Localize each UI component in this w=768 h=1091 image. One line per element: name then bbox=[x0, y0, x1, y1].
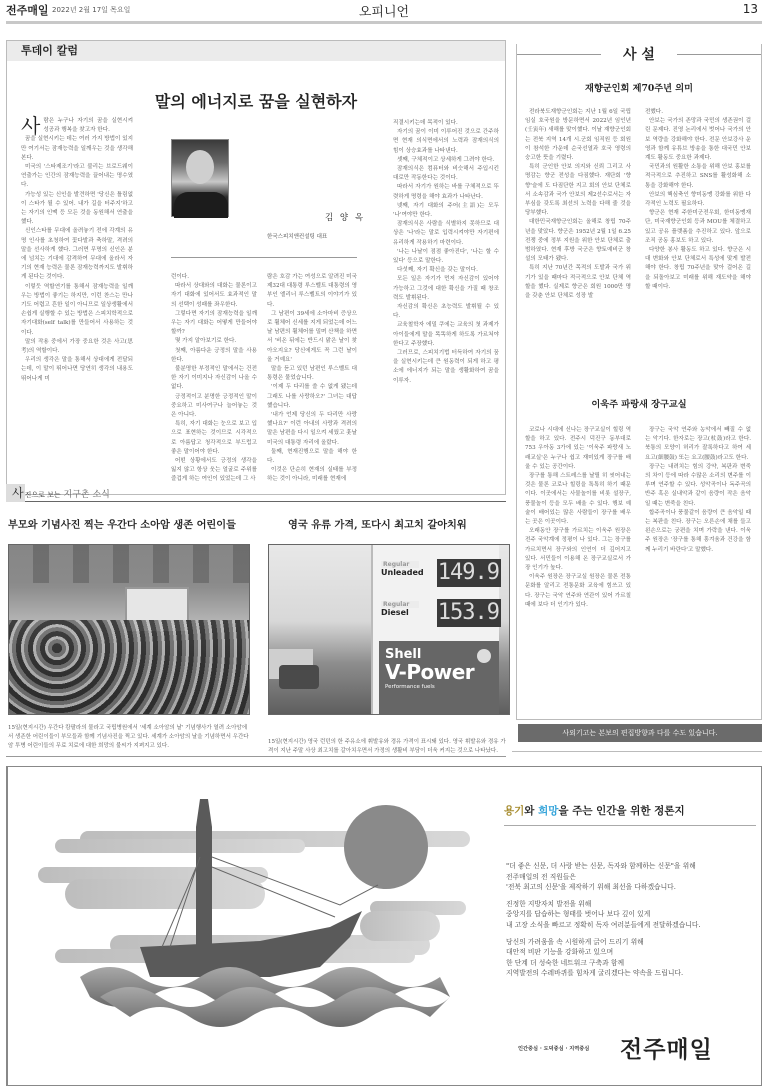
photo2-title: 영국 유류 가격, 또다시 최고치 갈아치워 bbox=[288, 516, 467, 531]
editorial-kicker: 사 설 bbox=[517, 44, 761, 64]
page-number: 13 bbox=[743, 2, 758, 16]
today-column: 투데이 칼럼 말의 에너지로 꿈을 실현하자 사 람은 누구나 자기의 꿈을 실… bbox=[6, 40, 506, 495]
column-text-col3: 람은 호감 가는 여성으로 알려진 미국 제32대 대통령 루스벨트 대통령의 … bbox=[267, 273, 357, 485]
author-portrait bbox=[171, 139, 229, 217]
editorial2-col-b: 장구는 국악 연주와 농악에서 빼질 수 없는 악기다. 한자로는 장고(杖鼓)… bbox=[645, 426, 751, 555]
ad-brand-logo: 전주매일 bbox=[620, 1031, 713, 1064]
page-divider bbox=[6, 756, 506, 757]
diesel-price: 153.9 bbox=[437, 599, 501, 627]
editorial: 사 설 재향군인회 제70주년 의미 전라북도재향군인회는 지난 1월 6일 국… bbox=[516, 44, 762, 720]
unleaded-price: 149.9 bbox=[437, 559, 501, 587]
editorial2-title: 이욱주 파랑새 장구교실 bbox=[517, 396, 761, 410]
editorial2-col-a: 코로나 시대에 신나는 장구교실이 힐링 역할을 하고 있다. 전주시 덕진구 … bbox=[525, 426, 631, 610]
shell-panel: Shell V-Power Performance fuels bbox=[379, 641, 499, 715]
sun bbox=[344, 805, 428, 889]
column-headline: 말의 에너지로 꿈을 실현하자 bbox=[7, 89, 505, 112]
portrait-face bbox=[186, 150, 214, 184]
column-text-col1: 사 람은 누구나 자기의 꿈을 실현시켜 성공과 행복을 찾고자 한다. 꿈을 … bbox=[21, 117, 133, 384]
dropcap: 사 bbox=[21, 117, 40, 135]
portrait-body bbox=[174, 192, 228, 218]
masthead-rule bbox=[6, 21, 762, 24]
contribution-notice: 사외기고는 본보의 편집방향과 다를 수도 있습니다. bbox=[518, 724, 762, 742]
masthead: 전주매일 2022년 2월 17일 목요일 오피니언 13 bbox=[6, 2, 762, 24]
editorial1-col-b: 전했다. 안보는 국가의 존망과 국민의 생존권이 걸린 문제다. 진영 논리에… bbox=[645, 108, 751, 292]
car bbox=[279, 665, 319, 689]
diesel-row: Regular Diesel 153.9 bbox=[381, 599, 499, 627]
photo2-caption: 15일(현지시간) 영국 런던의 한 주유소에 휘발유와 경유 가격이 표시돼 … bbox=[268, 738, 510, 756]
newspaper-ad: 용기와 희망을 주는 인간을 위한 정론지 "더 좋은 신문, 더 사랑 받는 … bbox=[6, 766, 762, 1086]
ad-motto: 인간중심 · 도덕중심 · 지역중심 bbox=[518, 1045, 589, 1052]
unleaded-row: Regular Unleaded 149.9 bbox=[381, 559, 499, 587]
author-divider bbox=[171, 257, 357, 258]
photo1-title: 부모와 기념사진 찍는 우간다 소아암 생존 어린이들 bbox=[8, 516, 236, 531]
building bbox=[9, 545, 249, 583]
photo-news-header: 사진으로 보는 지구촌 소식 bbox=[6, 484, 506, 502]
shell-logo-icon bbox=[477, 649, 491, 663]
ad-paragraph-1: "더 좋은 신문, 더 사랑 받는 신문, 독자와 함께하는 신문"을 위해전주… bbox=[506, 861, 766, 893]
ship-illustration bbox=[30, 787, 470, 1037]
photo1-caption: 15일(현지시간) 우간다 캄팔라의 물라고 국립병원에서 '세계 소아암의 날… bbox=[8, 724, 252, 751]
section-title: 오피니언 bbox=[6, 1, 762, 20]
author-name: 김 양 옥 bbox=[325, 211, 365, 223]
uganda-photo bbox=[8, 544, 250, 715]
fuel-price-photo: Regular Unleaded 149.9 Regular Diesel 15… bbox=[268, 544, 510, 715]
column-label: 투데이 칼럼 bbox=[7, 41, 505, 61]
author-role: 한국스피치앤컨설팅 대표 bbox=[267, 232, 327, 240]
ad-slogan: 용기와 희망을 주는 인간을 위한 정론지 bbox=[504, 803, 685, 818]
ad-paragraph-3: 당신의 가려움을 속 시원하게 긁어 드리기 위해대안적 비판 기능을 강화하고… bbox=[506, 937, 766, 979]
price-sign: Regular Unleaded 149.9 Regular Diesel 15… bbox=[371, 545, 499, 715]
editorial1-col-a: 전라북도재향군인회는 지난 1월 6일 국립 임실 호국원을 방문하면서 202… bbox=[525, 108, 631, 301]
column-text-col2: 런이다. 따라서 상대와의 대화는 물론이고 자기 대화에 있어서도 효과적인 … bbox=[171, 273, 257, 485]
column-text-col4: 직결시키는데 목적이 있다. 자기의 꿈이 이미 이루어진 것으로 간주하면 현… bbox=[393, 119, 499, 386]
crowd bbox=[9, 620, 249, 714]
ad-paragraph-2: 진정한 지방자치 발전을 위해중앙지를 답습하는 형태를 벗어나 보다 깊이 있… bbox=[506, 899, 766, 931]
editorial1-title: 재향군인회 제70주년 의미 bbox=[517, 80, 761, 94]
ad-body: "더 좋은 신문, 더 사랑 받는 신문, 독자와 함께하는 신문"을 위해전주… bbox=[506, 861, 766, 985]
photo-news: 사진으로 보는 지구촌 소식 부모와 기념사진 찍는 우간다 소아암 생존 어린… bbox=[6, 484, 506, 754]
